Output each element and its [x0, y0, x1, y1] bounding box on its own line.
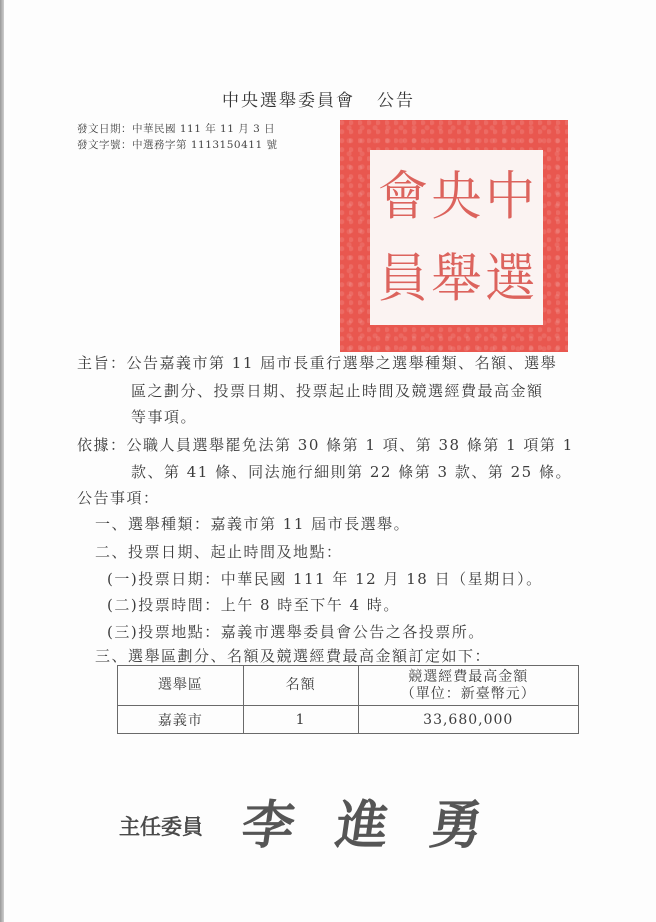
item-2-voting-location: (三)投票地點：嘉義市選舉委員會公告之各投票所。 — [107, 621, 485, 642]
subject-label: 主旨： — [77, 354, 127, 372]
seal-char: 央 — [430, 154, 484, 240]
quota-table: 選舉區 名額 競選經費最高金額 （單位：新臺幣元） 嘉義市 1 33,680,0… — [117, 665, 579, 734]
organization-name: 中央選舉委員會 — [222, 91, 355, 111]
header-max-expense: 競選經費最高金額 （單位：新臺幣元） — [358, 666, 578, 706]
basis-line-2: 款、第 41 條、同法施行細則第 22 條第 3 款、第 25 條。 — [131, 461, 572, 482]
subject-line-2: 區之劃分、投票日期、投票起止時間及競選經費最高金額 — [131, 380, 544, 401]
subject-line-1: 主旨：公告嘉義市第 11 屆市長重行選舉之選舉種類、名額、選舉 — [77, 352, 557, 373]
item-3-district-quota: 三、選舉區劃分、名額及競選經費最高金額訂定如下： — [95, 645, 491, 666]
page-edge — [0, 0, 4, 922]
header-district: 選舉區 — [118, 666, 244, 706]
basis-line-1: 依據：公職人員選舉罷免法第 30 條第 1 項、第 38 條第 1 項第 1 — [77, 434, 574, 455]
cell-district: 嘉義市 — [118, 706, 244, 734]
document-number: 發文字號：中選務字第 1113150411 號 — [77, 137, 277, 152]
signer-title: 主任委員 — [119, 811, 203, 841]
item-1-election-type: 一、選舉種類：嘉義市第 11 屆市長選舉。 — [95, 513, 410, 534]
cell-seats: 1 — [243, 706, 358, 734]
seal-char: 員 — [376, 235, 430, 321]
handwritten-signature: 李進勇 — [238, 783, 531, 858]
item-2-voting-date: (一)投票日期：中華民國 111 年 12 月 18 日（星期日）。 — [107, 568, 543, 589]
seal-char: 舉 — [430, 235, 484, 321]
seal-char: 選 — [483, 235, 537, 321]
seal-char: 中 — [483, 154, 537, 240]
document-title: 中央選舉委員會公告 — [222, 86, 415, 111]
issue-date: 發文日期：中華民國 111 年 11 月 3 日 — [77, 121, 275, 136]
announcement-items-label: 公告事項： — [77, 487, 160, 508]
item-2-voting-hours: (二)投票時間：上午 8 時至下午 4 時。 — [107, 594, 400, 615]
basis-label: 依據： — [77, 436, 127, 454]
table-header-row: 選舉區 名額 競選經費最高金額 （單位：新臺幣元） — [118, 666, 579, 706]
item-2-voting-info: 二、投票日期、起止時間及地點： — [95, 541, 343, 562]
official-seal: 會 央 中 員 舉 選 — [340, 120, 568, 352]
seal-char: 會 — [376, 154, 430, 240]
subject-line-3: 等事項。 — [131, 406, 197, 427]
header-seats: 名額 — [243, 666, 358, 706]
document-type: 公告 — [377, 91, 415, 111]
table-row: 嘉義市 1 33,680,000 — [118, 706, 579, 734]
cell-max-expense: 33,680,000 — [358, 706, 578, 734]
seal-inner-field: 會 央 中 員 舉 選 — [370, 150, 543, 325]
